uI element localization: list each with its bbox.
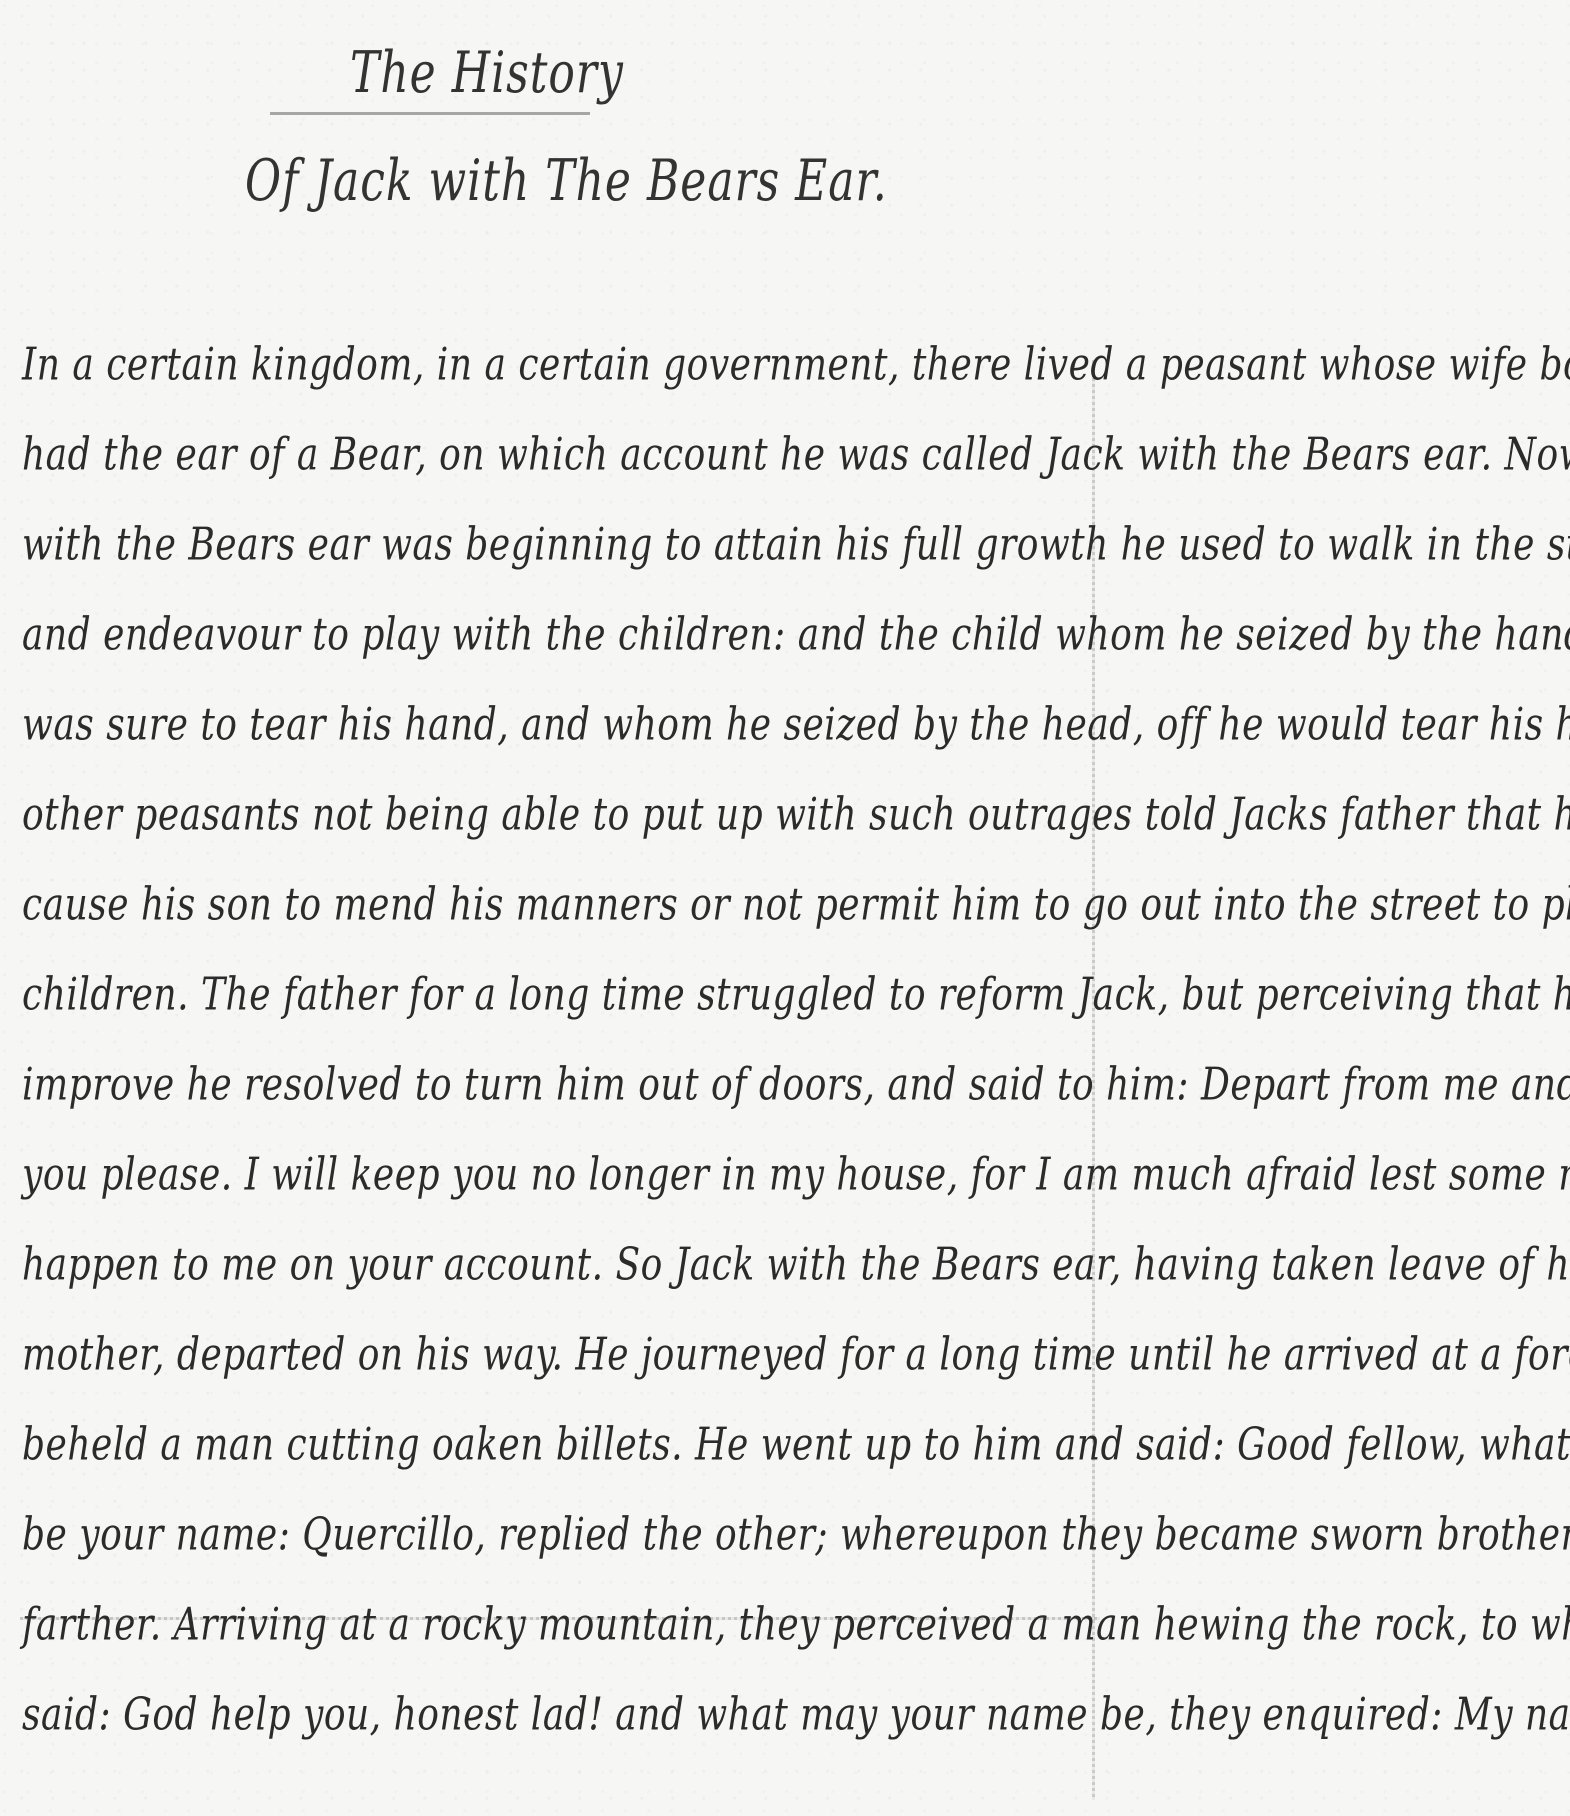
title-underline [270, 112, 590, 115]
page-title: The History [350, 40, 624, 106]
text-line: said: God help you, honest lad! and what… [22, 1678, 1552, 1791]
manuscript-body: In a certain kingdom, in a certain gover… [22, 328, 1552, 1768]
document-page: The History Of Jack with The Bears Ear. … [0, 0, 1570, 1816]
page-subtitle: Of Jack with The Bears Ear. [245, 148, 888, 214]
